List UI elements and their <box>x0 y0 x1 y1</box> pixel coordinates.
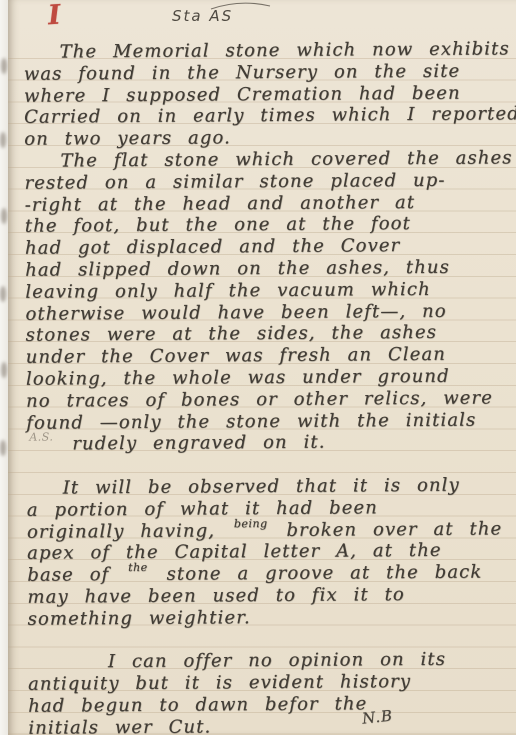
manuscript-text: broken over at the <box>286 518 502 541</box>
inserted-word: being <box>234 513 268 535</box>
manuscript-text: originally having, <box>27 520 215 542</box>
manuscript-line: A.S. rudely engraved on it. <box>26 431 514 456</box>
manuscript-line: had slipped down on the ashes, thus <box>25 256 513 281</box>
manuscript-line: It will be observed that it is only <box>27 474 515 499</box>
signature-initials: N.B <box>361 706 394 727</box>
manuscript-line: Carried on in early times which I report… <box>24 104 512 129</box>
manuscript-line: I can offer no opinion on its <box>28 649 516 674</box>
inserted-word: A.S. <box>29 427 53 449</box>
manuscript-line: something weightier. <box>28 605 516 630</box>
manuscript-line: otherwise would have been left—, no <box>25 300 513 325</box>
scan-edge-smudge <box>1 362 7 378</box>
scan-edge-smudge <box>0 440 6 456</box>
manuscript-line: looking, the whole was under ground <box>26 365 514 390</box>
manuscript-line: initials wer Cut. <box>28 714 516 735</box>
inserted-word: the <box>128 557 148 579</box>
manuscript-line: no traces of bones or other relics, were <box>26 387 514 412</box>
scan-edge-smudge <box>0 132 6 148</box>
manuscript-text: rudely engraved on it. <box>72 432 325 455</box>
manuscript-line: was found in the Nursery on the site <box>24 60 512 85</box>
manuscript-line: base of the stone a groove at the back <box>27 561 515 586</box>
scan-edge-smudge <box>1 58 7 74</box>
scan-edge-smudge <box>1 208 7 224</box>
scan-edge-smudge <box>0 286 6 302</box>
pencil-stroke-arc <box>210 1 272 11</box>
manuscript-line: The flat stone which covered the ashes <box>24 147 512 172</box>
page-numeral-red: I <box>47 2 61 30</box>
manuscript-line: found —only the stone with the initials <box>26 409 514 434</box>
scanned-manuscript-page: I Sta AS The Memorial stone which now ex… <box>0 0 516 735</box>
manuscript-line: rested on a similar stone placed up- <box>24 169 512 194</box>
manuscript-text: stone a groove at the back <box>166 562 482 585</box>
manuscript-body: The Memorial stone which now exhibitswas… <box>24 38 516 735</box>
manuscript-text: base of <box>27 564 109 586</box>
manuscript-line: The Memorial stone which now exhibits <box>24 38 512 63</box>
